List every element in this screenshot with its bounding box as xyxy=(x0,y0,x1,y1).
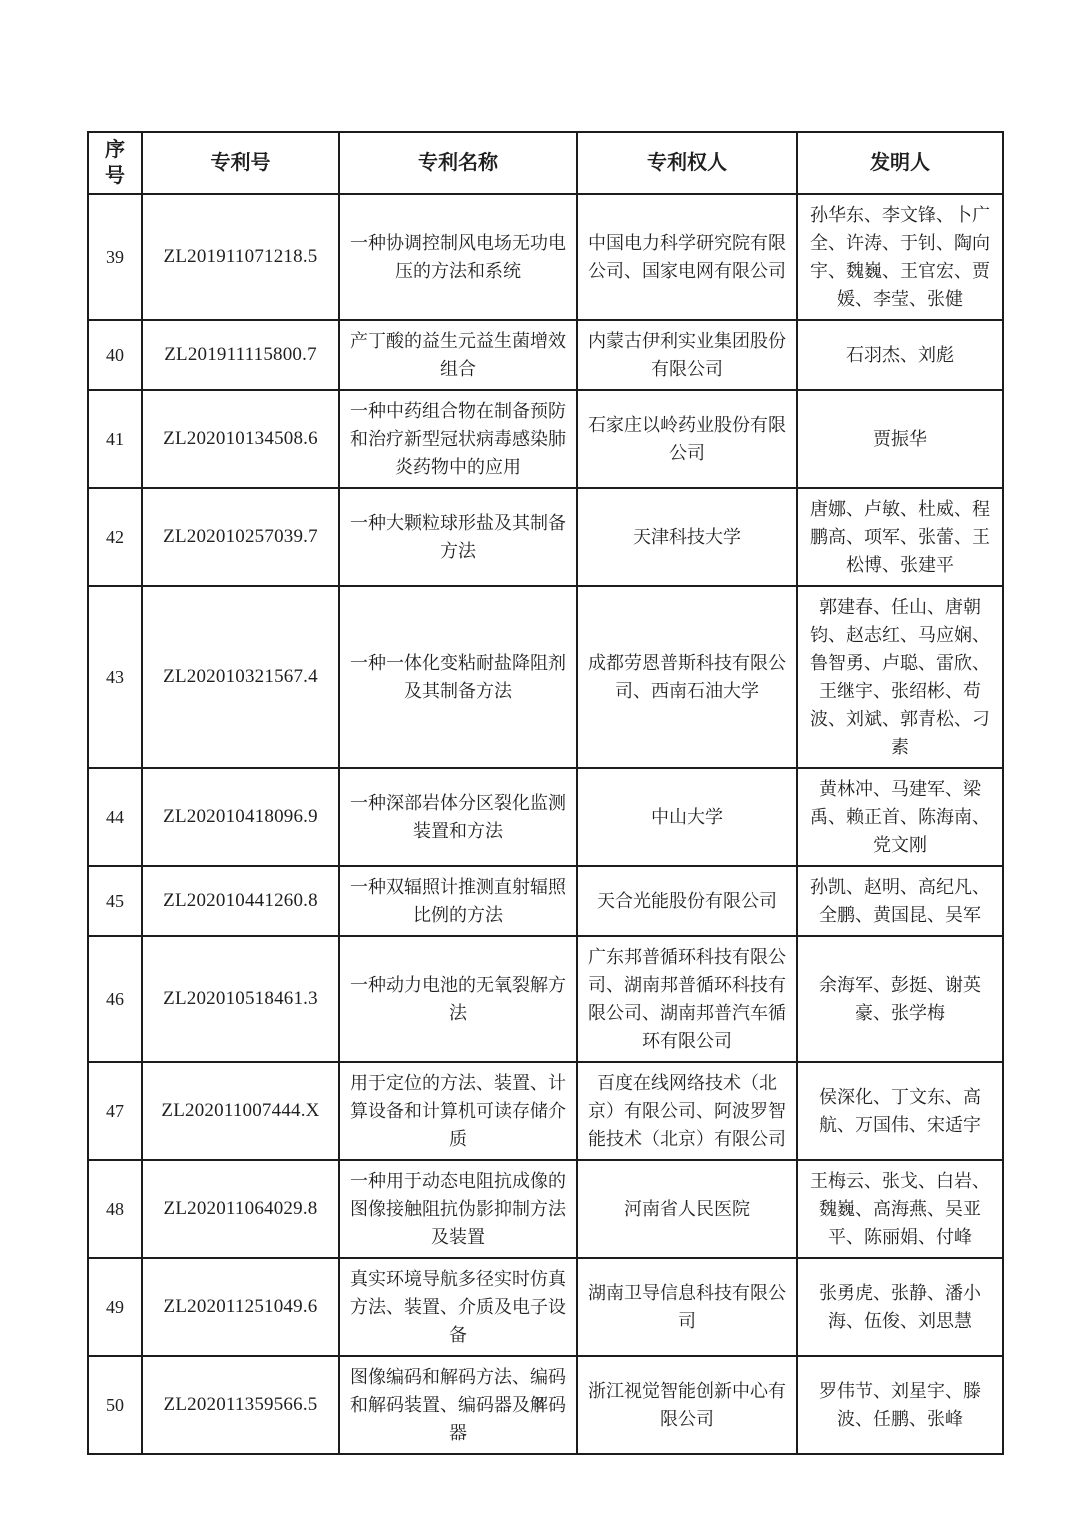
col-header-patent-number: 专利号 xyxy=(142,132,339,194)
cell-patent-title: 产丁酸的益生元益生菌增效组合 xyxy=(339,320,577,390)
cell-inventors: 黄林冲、马建军、梁禹、赖正首、陈海南、党文刚 xyxy=(797,768,1003,866)
cell-patent-title: 用于定位的方法、装置、计算设备和计算机可读存储介质 xyxy=(339,1062,577,1160)
cell-patent-number: ZL202010441260.8 xyxy=(142,866,339,936)
table-row: 48 ZL202011064029.8 一种用于动态电阻抗成像的图像接触阻抗伪影… xyxy=(88,1160,1003,1258)
cell-patent-number: ZL202011251049.6 xyxy=(142,1258,339,1356)
cell-index: 49 xyxy=(88,1258,142,1356)
table-row: 47 ZL202011007444.X 用于定位的方法、装置、计算设备和计算机可… xyxy=(88,1062,1003,1160)
cell-inventors: 石羽杰、刘彪 xyxy=(797,320,1003,390)
cell-patent-owner: 天津科技大学 xyxy=(577,488,797,586)
cell-index: 41 xyxy=(88,390,142,488)
col-header-patent-title: 专利名称 xyxy=(339,132,577,194)
cell-inventors: 贾振华 xyxy=(797,390,1003,488)
document-page: 序号 专利号 专利名称 专利权人 发明人 39 ZL201911071218.5… xyxy=(0,0,1080,1527)
header-row: 序号 专利号 专利名称 专利权人 发明人 xyxy=(88,132,1003,194)
cell-inventors: 侯深化、丁文东、高航、万国伟、宋适宇 xyxy=(797,1062,1003,1160)
cell-patent-title: 一种中药组合物在制备预防和治疗新型冠状病毒感染肺炎药物中的应用 xyxy=(339,390,577,488)
table-header: 序号 专利号 专利名称 专利权人 发明人 xyxy=(88,132,1003,194)
cell-patent-title: 一种动力电池的无氧裂解方法 xyxy=(339,936,577,1062)
cell-index: 45 xyxy=(88,866,142,936)
table-row: 41 ZL202010134508.6 一种中药组合物在制备预防和治疗新型冠状病… xyxy=(88,390,1003,488)
cell-patent-owner: 河南省人民医院 xyxy=(577,1160,797,1258)
cell-patent-title: 真实环境导航多径实时仿真方法、装置、介质及电子设备 xyxy=(339,1258,577,1356)
cell-patent-number: ZL201911071218.5 xyxy=(142,194,339,320)
table-row: 40 ZL201911115800.7 产丁酸的益生元益生菌增效组合 内蒙古伊利… xyxy=(88,320,1003,390)
cell-inventors: 郭建春、任山、唐朝钧、赵志红、马应娴、鲁智勇、卢聪、雷欣、王继宇、张绍彬、苟波、… xyxy=(797,586,1003,768)
cell-patent-owner: 百度在线网络技术（北京）有限公司、阿波罗智能技术（北京）有限公司 xyxy=(577,1062,797,1160)
table-row: 39 ZL201911071218.5 一种协调控制风电场无功电压的方法和系统 … xyxy=(88,194,1003,320)
cell-index: 46 xyxy=(88,936,142,1062)
cell-patent-number: ZL202011007444.X xyxy=(142,1062,339,1160)
table-row: 42 ZL202010257039.7 一种大颗粒球形盐及其制备方法 天津科技大… xyxy=(88,488,1003,586)
cell-patent-owner: 天合光能股份有限公司 xyxy=(577,866,797,936)
cell-patent-owner: 中国电力科学研究院有限公司、国家电网有限公司 xyxy=(577,194,797,320)
cell-patent-number: ZL202010134508.6 xyxy=(142,390,339,488)
table-row: 44 ZL202010418096.9 一种深部岩体分区裂化监测装置和方法 中山… xyxy=(88,768,1003,866)
col-header-index: 序号 xyxy=(88,132,142,194)
cell-inventors: 张勇虎、张静、潘小海、伍俊、刘思慧 xyxy=(797,1258,1003,1356)
cell-patent-number: ZL202010321567.4 xyxy=(142,586,339,768)
cell-patent-title: 一种一体化变粘耐盐降阻剂及其制备方法 xyxy=(339,586,577,768)
cell-index: 48 xyxy=(88,1160,142,1258)
cell-patent-title: 一种大颗粒球形盐及其制备方法 xyxy=(339,488,577,586)
cell-inventors: 孙凯、赵明、高纪凡、全鹏、黄国昆、吴军 xyxy=(797,866,1003,936)
table-row: 46 ZL202010518461.3 一种动力电池的无氧裂解方法 广东邦普循环… xyxy=(88,936,1003,1062)
cell-patent-number: ZL202010418096.9 xyxy=(142,768,339,866)
table-row: 45 ZL202010441260.8 一种双辐照计推测直射辐照比例的方法 天合… xyxy=(88,866,1003,936)
cell-inventors: 王梅云、张戈、白岩、魏巍、高海燕、吴亚平、陈丽娟、付峰 xyxy=(797,1160,1003,1258)
cell-index: 44 xyxy=(88,768,142,866)
cell-patent-owner: 成都劳恩普斯科技有限公司、西南石油大学 xyxy=(577,586,797,768)
cell-index: 40 xyxy=(88,320,142,390)
cell-patent-owner: 内蒙古伊利实业集团股份有限公司 xyxy=(577,320,797,390)
cell-patent-title: 一种用于动态电阻抗成像的图像接触阻抗伪影抑制方法及装置 xyxy=(339,1160,577,1258)
patent-table: 序号 专利号 专利名称 专利权人 发明人 39 ZL201911071218.5… xyxy=(87,131,1004,1455)
cell-patent-owner: 广东邦普循环科技有限公司、湖南邦普循环科技有限公司、湖南邦普汽车循环有限公司 xyxy=(577,936,797,1062)
cell-index: 42 xyxy=(88,488,142,586)
cell-patent-number: ZL202011064029.8 xyxy=(142,1160,339,1258)
cell-patent-number: ZL202010257039.7 xyxy=(142,488,339,586)
cell-patent-owner: 中山大学 xyxy=(577,768,797,866)
cell-patent-title: 一种双辐照计推测直射辐照比例的方法 xyxy=(339,866,577,936)
cell-index: 43 xyxy=(88,586,142,768)
col-header-patent-owner: 专利权人 xyxy=(577,132,797,194)
cell-patent-title: 一种深部岩体分区裂化监测装置和方法 xyxy=(339,768,577,866)
cell-inventors: 余海军、彭挺、谢英豪、张学梅 xyxy=(797,936,1003,1062)
cell-patent-number: ZL201911115800.7 xyxy=(142,320,339,390)
cell-inventors: 唐娜、卢敏、杜威、程鹏高、项军、张蕾、王松博、张建平 xyxy=(797,488,1003,586)
table-row: 43 ZL202010321567.4 一种一体化变粘耐盐降阻剂及其制备方法 成… xyxy=(88,586,1003,768)
page-number: 8 xyxy=(0,1393,1080,1413)
table-body: 39 ZL201911071218.5 一种协调控制风电场无功电压的方法和系统 … xyxy=(88,194,1003,1454)
cell-patent-title: 一种协调控制风电场无功电压的方法和系统 xyxy=(339,194,577,320)
cell-patent-owner: 湖南卫导信息科技有限公司 xyxy=(577,1258,797,1356)
col-header-inventors: 发明人 xyxy=(797,132,1003,194)
cell-index: 47 xyxy=(88,1062,142,1160)
cell-index: 39 xyxy=(88,194,142,320)
cell-patent-number: ZL202010518461.3 xyxy=(142,936,339,1062)
cell-inventors: 孙华东、李文锋、卜广全、许涛、于钊、陶向宇、魏巍、王官宏、贾媛、李莹、张健 xyxy=(797,194,1003,320)
table-row: 49 ZL202011251049.6 真实环境导航多径实时仿真方法、装置、介质… xyxy=(88,1258,1003,1356)
cell-patent-owner: 石家庄以岭药业股份有限公司 xyxy=(577,390,797,488)
